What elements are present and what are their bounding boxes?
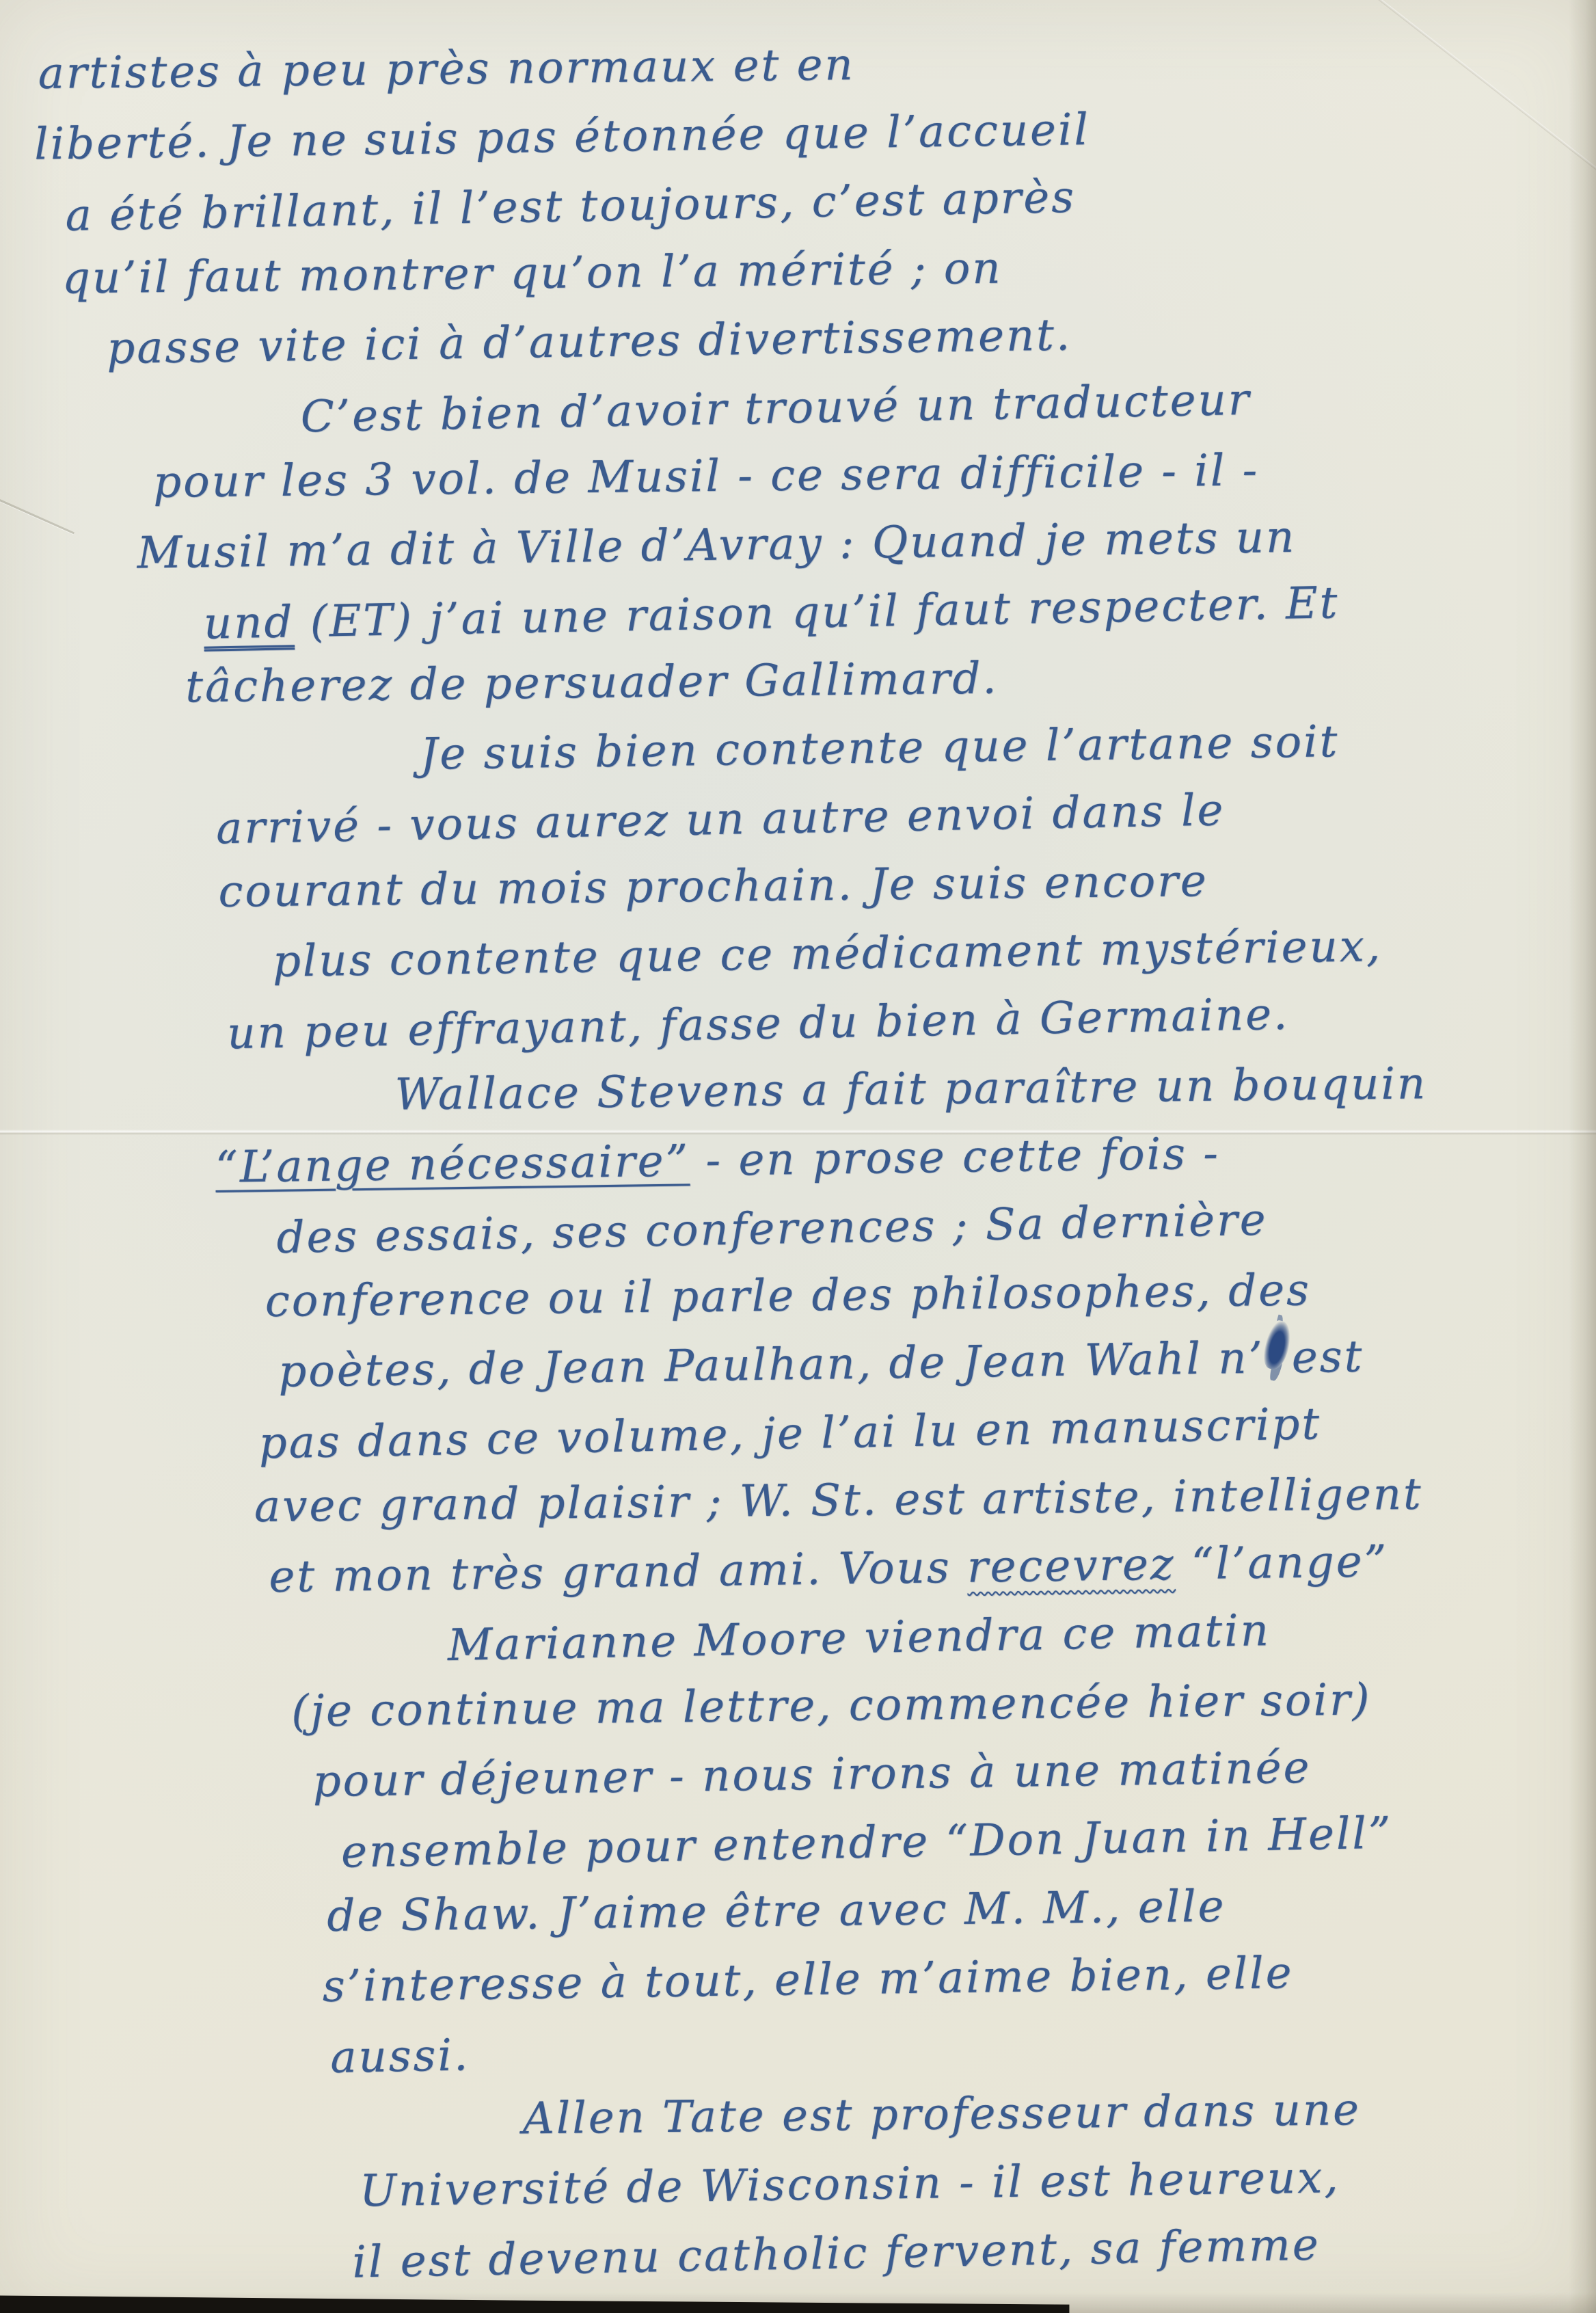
paper-sheet: artistes à peu près normaux et en libert… bbox=[0, 0, 1596, 2313]
letter-line-text: et mon très grand ami. Vous bbox=[269, 1542, 968, 1603]
letter-line: de Shaw. J’aime être avec M. M., elle bbox=[327, 1868, 1596, 1950]
letter-line-text: est bbox=[1291, 1332, 1364, 1383]
letter-line-text: (ET) j’ai une raison qu’il faut respecte… bbox=[294, 578, 1340, 647]
wavy-underlined-word: recevrez bbox=[967, 1540, 1176, 1593]
letter-line: avec grand plaisir ; W. St. est artiste,… bbox=[254, 1458, 1596, 1542]
letter-line-text: “l’ange” bbox=[1175, 1536, 1389, 1590]
letter-line: Wallace Stevens a fait paraître un bouqu… bbox=[394, 1047, 1596, 1129]
letter-line: conference ou il parle des philosophes, … bbox=[265, 1253, 1596, 1336]
letter-line-text: - en prose cette fois - bbox=[690, 1129, 1221, 1187]
ink-blot-annotation bbox=[1260, 1318, 1295, 1372]
underlined-book-title: “L’ange nécessaire” bbox=[215, 1136, 690, 1193]
letter-line: (je continue ma lettre, commencée hier s… bbox=[291, 1663, 1596, 1746]
letter-line: Allen Tate est professeur dans une bbox=[522, 2073, 1596, 2153]
letter-line-text: poètes, de Jean Paulhan, de Jean Wahl n’ bbox=[278, 1333, 1265, 1398]
letter-body: artistes à peu près normaux et en libert… bbox=[0, 21, 1596, 2299]
underlined-word-und: und bbox=[203, 597, 295, 649]
